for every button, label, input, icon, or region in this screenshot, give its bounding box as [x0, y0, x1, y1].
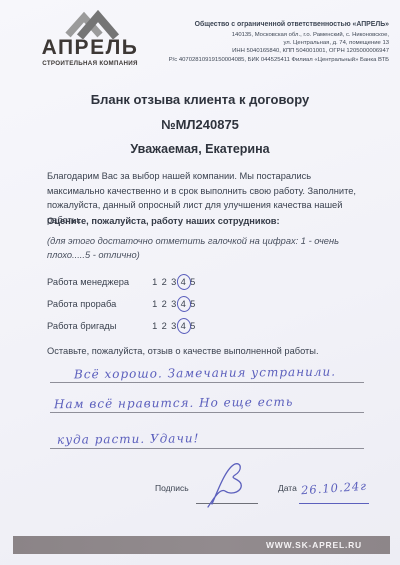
review-ruled-line: Нам всё нравится. Но еще есть	[50, 383, 364, 413]
scanned-feedback-form: АПРЕЛЬ СТРОИТЕЛЬНАЯ КОМПАНИЯ Общество с …	[0, 0, 400, 565]
footer-bar: WWW.SK-APREL.RU	[13, 536, 390, 554]
rating-label: Работа менеджера	[47, 277, 150, 287]
document-title: Бланк отзыва клиента к договору	[0, 92, 400, 107]
rating-scale: 1 2 3 4 5	[150, 299, 198, 309]
roof-icon	[60, 9, 120, 39]
rating-value: 4	[179, 299, 188, 309]
website-url: WWW.SK-APREL.RU	[266, 540, 362, 550]
company-bank-details: Р/с 40702810919150004085, БИК 044525411 …	[129, 56, 389, 64]
company-address-line: ул. Центральная, д. 74, помещение 13	[129, 39, 389, 47]
review-ruled-line: куда расти. Удачи!	[50, 413, 364, 449]
document-title-block: Бланк отзыва клиента к договору №МЛ24087…	[0, 92, 400, 156]
rating-value: 5	[189, 299, 198, 309]
rating-label: Работа прораба	[47, 299, 150, 309]
rating-value: 1	[151, 299, 160, 309]
handwritten-text: куда расти. Удачи!	[57, 430, 200, 448]
handwritten-date: 26.10.24г	[301, 479, 368, 498]
rating-scale: 1 2 3 4 5	[150, 321, 198, 331]
rating-value: 5	[189, 321, 198, 331]
rating-row-manager: Работа менеджера 1 2 3 4 5	[47, 271, 297, 293]
rate-prompt: Оцените, пожалуйста, работу наших сотруд…	[47, 216, 367, 226]
rating-row-crew: Работа бригады 1 2 3 4 5	[47, 315, 297, 337]
rating-value: 2	[160, 299, 169, 309]
rating-value: 1	[151, 321, 160, 331]
rating-value: 4	[179, 277, 188, 287]
ratings-section: Работа менеджера 1 2 3 4 5 Работа прораб…	[47, 271, 297, 337]
rating-scale: 1 2 3 4 5	[150, 277, 198, 287]
company-requisites: Общество с ограниченной ответственностью…	[129, 20, 389, 64]
handwritten-text: Нам всё нравится. Но еще есть	[54, 394, 294, 414]
review-prompt: Оставьте, пожалуйста, отзыв о качестве в…	[47, 346, 367, 356]
review-ruled-line: Всё хорошо. Замечания устранили.	[50, 361, 364, 383]
handwritten-text: Всё хорошо. Замечания устранили.	[74, 364, 336, 384]
company-address-line: 140135, Московская обл., г.о. Раменский,…	[129, 31, 389, 39]
rating-label: Работа бригады	[47, 321, 150, 331]
rating-value: 1	[151, 277, 160, 287]
date-label: Дата	[278, 483, 297, 493]
rating-value: 4	[179, 321, 188, 331]
rating-value: 2	[160, 321, 169, 331]
company-legal-name: Общество с ограниченной ответственностью…	[129, 20, 389, 30]
signature-stroke	[198, 458, 262, 510]
client-greeting: Уважаемая, Екатерина	[0, 142, 400, 156]
rating-value: 5	[189, 277, 198, 287]
rating-value: 2	[160, 277, 169, 287]
company-tax-ids: ИНН 5040165840, КПП 504001001, ОГРН 1205…	[129, 47, 389, 55]
rate-instructions: (для этого достаточно отметить галочкой …	[47, 234, 367, 262]
date-underline	[299, 503, 369, 504]
signature-label: Подпись	[155, 483, 189, 493]
contract-number: №МЛ240875	[0, 117, 400, 132]
rating-row-foreman: Работа прораба 1 2 3 4 5	[47, 293, 297, 315]
handwritten-review: Всё хорошо. Замечания устранили. Нам всё…	[50, 361, 364, 449]
